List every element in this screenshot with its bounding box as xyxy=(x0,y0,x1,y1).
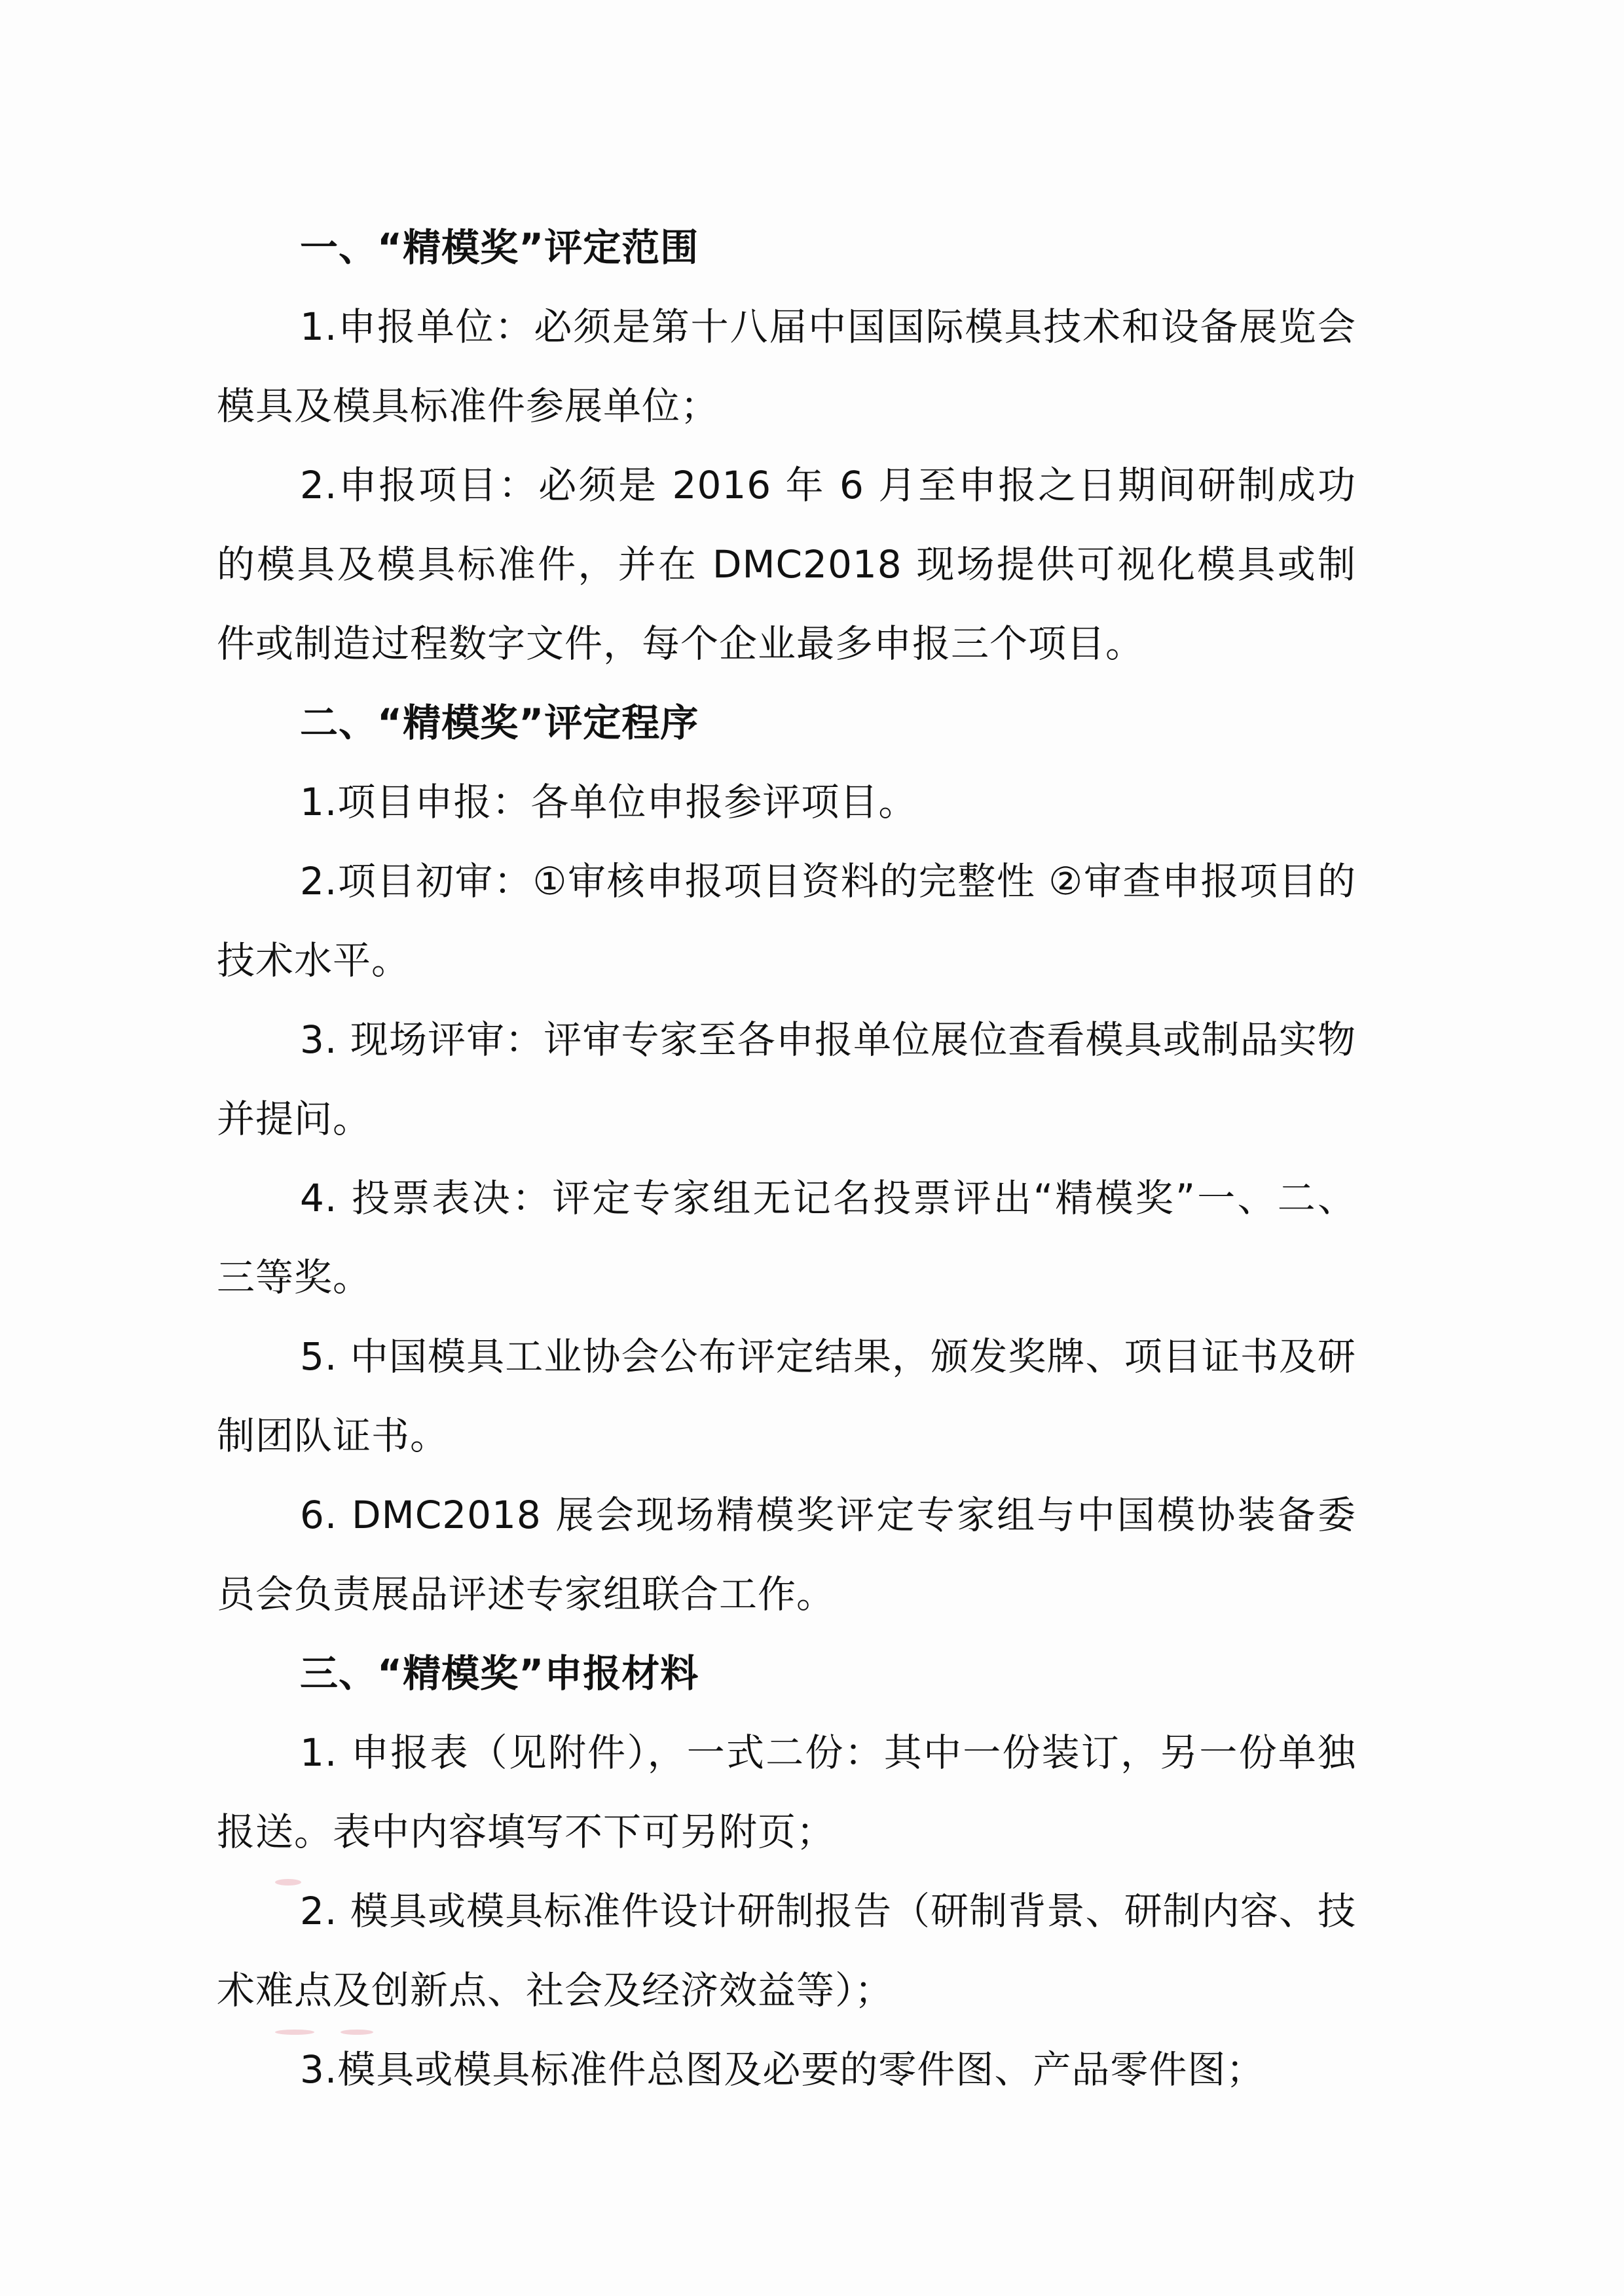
procedure-item-3: 3. 现场评审：评审专家至各申报单位展位查看模具或制品实物并提问。 xyxy=(217,1000,1356,1159)
scan-artifact xyxy=(341,2030,373,2035)
procedure-item-4: 4. 投票表决：评定专家组无记名投票评出“精模奖”一、二、三等奖。 xyxy=(217,1159,1356,1317)
scan-artifact xyxy=(275,2030,314,2035)
materials-item-2: 2. 模具或模具标准件设计研制报告（研制背景、研制内容、技术难点及创新点、社会及… xyxy=(217,1872,1356,2030)
procedure-item-6: 6. DMC2018 展会现场精模奖评定专家组与中国模协装备委员会负责展品评述专… xyxy=(217,1476,1356,1634)
materials-item-3: 3.模具或模具标准件总图及必要的零件图、产品零件图； xyxy=(217,2030,1356,2109)
scope-item-1: 1.申报单位：必须是第十八届中国国际模具技术和设备展览会模具及模具标准件参展单位… xyxy=(217,287,1356,446)
scope-item-2: 2.申报项目：必须是 2016 年 6 月至申报之日期间研制成功的模具及模具标准… xyxy=(217,446,1356,683)
procedure-item-1: 1.项目申报：各单位申报参评项目。 xyxy=(217,763,1356,842)
procedure-item-5: 5. 中国模具工业协会公布评定结果，颁发奖牌、项目证书及研制团队证书。 xyxy=(217,1317,1356,1476)
section-heading-procedure: 二、“精模奖”评定程序 xyxy=(217,683,1356,763)
document-page: 一、“精模奖”评定范围 1.申报单位：必须是第十八届中国国际模具技术和设备展览会… xyxy=(217,208,1356,2109)
scan-artifact xyxy=(275,1879,301,1886)
section-heading-scope: 一、“精模奖”评定范围 xyxy=(217,208,1356,287)
section-heading-materials: 三、“精模奖”申报材料 xyxy=(217,1634,1356,1713)
materials-item-1: 1. 申报表（见附件），一式二份：其中一份装订，另一份单独报送。表中内容填写不下… xyxy=(217,1713,1356,1872)
procedure-item-2: 2.项目初审：①审核申报项目资料的完整性 ②审查申报项目的技术水平。 xyxy=(217,842,1356,1000)
